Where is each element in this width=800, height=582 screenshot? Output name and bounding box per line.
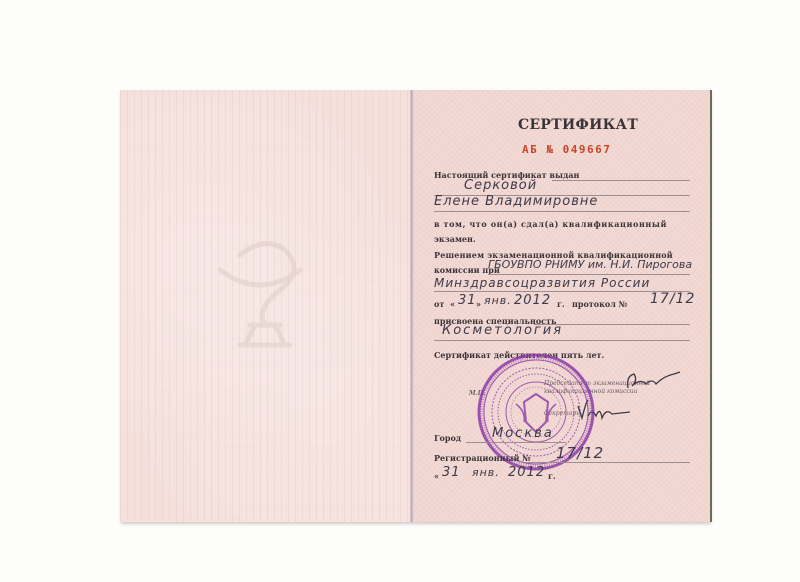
serial-number: АБ № 049667 <box>522 143 611 156</box>
number: 049667 <box>563 143 612 156</box>
quote-close: » <box>476 299 481 309</box>
from-label: от <box>434 299 444 309</box>
bowl-of-hygieia-watermark-icon <box>210 230 320 350</box>
institution-1: ГБОУВПО РНИМУ им. Н.И. Пирогова <box>488 258 692 271</box>
city-label: Город <box>434 433 461 443</box>
reg-year: 2012 <box>508 465 545 480</box>
chairman-signature <box>624 370 684 392</box>
reg-number: 17/12 <box>556 444 604 462</box>
reg-quote-open: « <box>434 471 439 481</box>
quote-open: « <box>450 299 455 309</box>
certificate-spread: СЕРТИФИКАТ АБ № 049667 Настоящий сертифи… <box>120 90 710 522</box>
passed-text-1: в том, что он(а) сдал(а) квалификационны… <box>434 219 667 229</box>
secretary-signature <box>574 398 634 424</box>
protocol-month: янв. <box>484 294 512 307</box>
specialty: Косметология <box>442 323 563 338</box>
passed-text-2: экзамен. <box>434 234 476 244</box>
reg-day: 31 <box>442 465 461 480</box>
protocol-number: 17/12 <box>650 291 695 307</box>
protocol-day: 31 <box>458 293 477 308</box>
right-page: СЕРТИФИКАТ АБ № 049667 Настоящий сертифи… <box>414 90 712 522</box>
protocol-label: протокол № <box>572 299 627 309</box>
name-patronymic: Елене Владимировне <box>434 194 598 209</box>
reg-label: Регистрационный № <box>434 453 531 463</box>
left-page <box>120 90 412 522</box>
surname: Серковой <box>464 178 537 193</box>
series: АБ <box>522 143 538 156</box>
institution-2: Минздравсоцразвития России <box>434 276 650 290</box>
number-sign: № <box>546 143 554 156</box>
reg-month: янв. <box>472 466 500 479</box>
protocol-year: 2012 <box>514 293 551 308</box>
certificate-title: СЕРТИФИКАТ <box>518 117 638 133</box>
year-suffix: г. <box>557 299 565 309</box>
city: Москва <box>492 426 554 441</box>
reg-year-suffix: г. <box>548 471 556 481</box>
